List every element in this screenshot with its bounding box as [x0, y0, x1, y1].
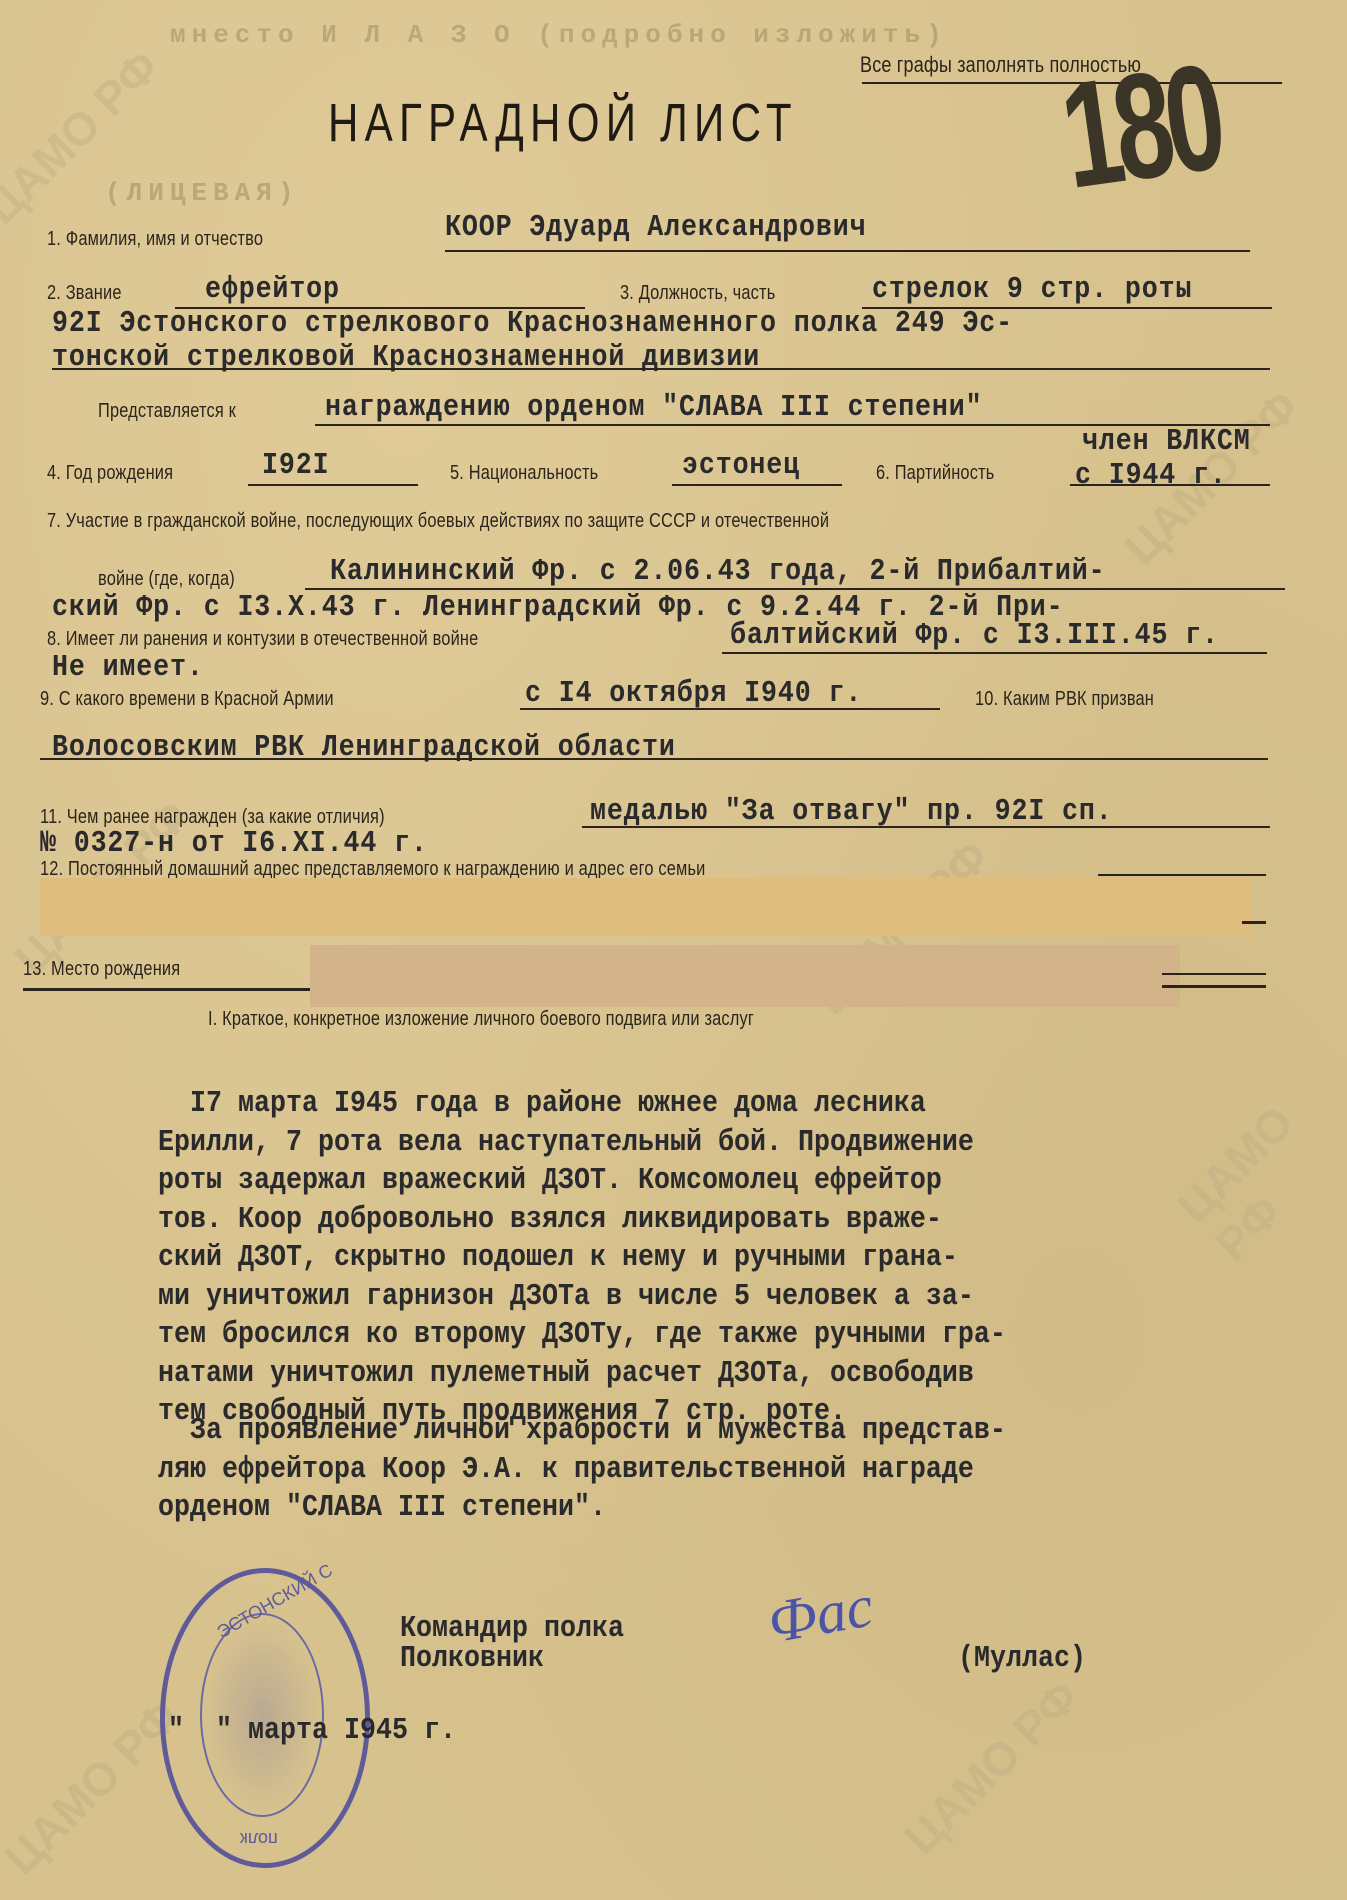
signatory-name: (Муллас) [958, 1640, 1086, 1679]
citation-line: ляю ефрейтора Коор Э.А. к правительствен… [158, 1451, 1006, 1490]
nominated-value: награждению орденом "СЛАВА III степени" [325, 390, 982, 425]
citation-line: тов. Коор добровольно взялся ликвидирова… [158, 1201, 1006, 1240]
field-name-label: 1. Фамилия, имя и отчество [47, 228, 263, 251]
field-nationality-label: 5. Национальность [450, 462, 598, 485]
field-birthplace-label: 13. Место рождения [23, 958, 180, 981]
field-army-since-label: 9. С какого времени в Красной Армии [40, 688, 334, 711]
faint-bleed-header: мнесто И Л А З О (подробно изложить) [170, 20, 948, 50]
field-rvk-label: 10. Каким РВК призван [975, 688, 1154, 711]
field-birthyear-value: I92I [262, 448, 329, 483]
field-birthyear-label: 4. Год рождения [47, 462, 173, 485]
field-name-value: КООР Эдуард Александрович [445, 210, 866, 245]
citation-line: орденом "СЛАВА III степени". [158, 1489, 1006, 1528]
field-party-value: с I944 г. [1075, 458, 1227, 493]
signature: Фас [763, 1571, 878, 1657]
field-rank-label: 2. Звание [47, 282, 122, 305]
field-party-label: 6. Партийность [876, 462, 994, 485]
redacted-birthplace [310, 945, 1180, 1007]
field-wounds-label: 8. Имеет ли ранения и контузии в отечест… [47, 628, 478, 651]
stamp-text-bottom: полк [240, 1828, 278, 1849]
page-title: НАГРАДНОЙ ЛИСТ [328, 92, 798, 154]
citation-line: натами уничтожил пулеметный расчет ДЗОТа… [158, 1355, 1006, 1394]
field-war-value-1: Калининский Фр. с 2.06.43 года, 2-й Приб… [330, 554, 1106, 589]
field-position-value: стрелок 9 стр. роты [872, 272, 1192, 307]
faint-bleed-left: (ЛИЦЕВАЯ) [105, 178, 299, 208]
citation-line: За проявление личной храбрости и мужеств… [158, 1412, 1006, 1451]
citation-line: ми уничтожил гарнизон ДЗОТа в числе 5 че… [158, 1278, 1006, 1317]
citation-line: тем бросился ко второму ДЗОТу, где также… [158, 1316, 1006, 1355]
citation-line: роты задержал вражеский ДЗОТ. Комсомолец… [158, 1162, 1006, 1201]
field-nationality-value: эстонец [682, 448, 800, 483]
field-army-since-value: с I4 октября I940 г. [525, 676, 862, 711]
field-rank-value: ефрейтор [205, 272, 340, 307]
redacted-address [40, 878, 1252, 936]
citation-line: I7 марта I945 года в районе южнее дома л… [158, 1085, 1006, 1124]
field-party-above: член ВЛКСМ [1082, 424, 1251, 459]
section-heading: I. Краткое, конкретное изложение личного… [208, 1008, 754, 1031]
field-war-label-2: войне (где, когда) [98, 568, 235, 591]
citation-paragraph-2: За проявление личной храбрости и мужеств… [158, 1412, 1144, 1528]
field-prior-awards-value-1: медалью "За отвагу" пр. 92I сп. [590, 794, 1113, 829]
signature-date: " " марта I945 г. [168, 1712, 456, 1751]
citation-line: Ерилли, 7 рота вела наступательный бой. … [158, 1124, 1006, 1163]
field-war-value-3: балтийский Фр. с I3.III.45 г. [730, 618, 1219, 653]
nominated-label: Представляется к [98, 400, 236, 423]
field-prior-awards-value-2: № 0327-н от I6.XI.44 г. [40, 826, 428, 861]
field-war-label-1: 7. Участие в гражданской войне, последую… [47, 510, 829, 533]
watermark: ЦАМО РФ [1166, 1077, 1347, 1271]
field-position-cont-1: 92I Эстонского стрелкового Краснознаменн… [52, 306, 1013, 341]
field-position-label: 3. Должность, часть [620, 282, 775, 305]
citation-line: ский ДЗОТ, скрытно подошел к нему и ручн… [158, 1239, 1006, 1278]
citation-paragraph-1: I7 марта I945 года в районе южнее дома л… [158, 1085, 1144, 1432]
handwritten-number: 180 [1052, 30, 1229, 223]
signatory-position-2: Полковник [400, 1640, 544, 1679]
watermark: ЦАМО РФ [894, 1669, 1090, 1865]
field-wounds-value: Не имеет. [52, 650, 204, 685]
